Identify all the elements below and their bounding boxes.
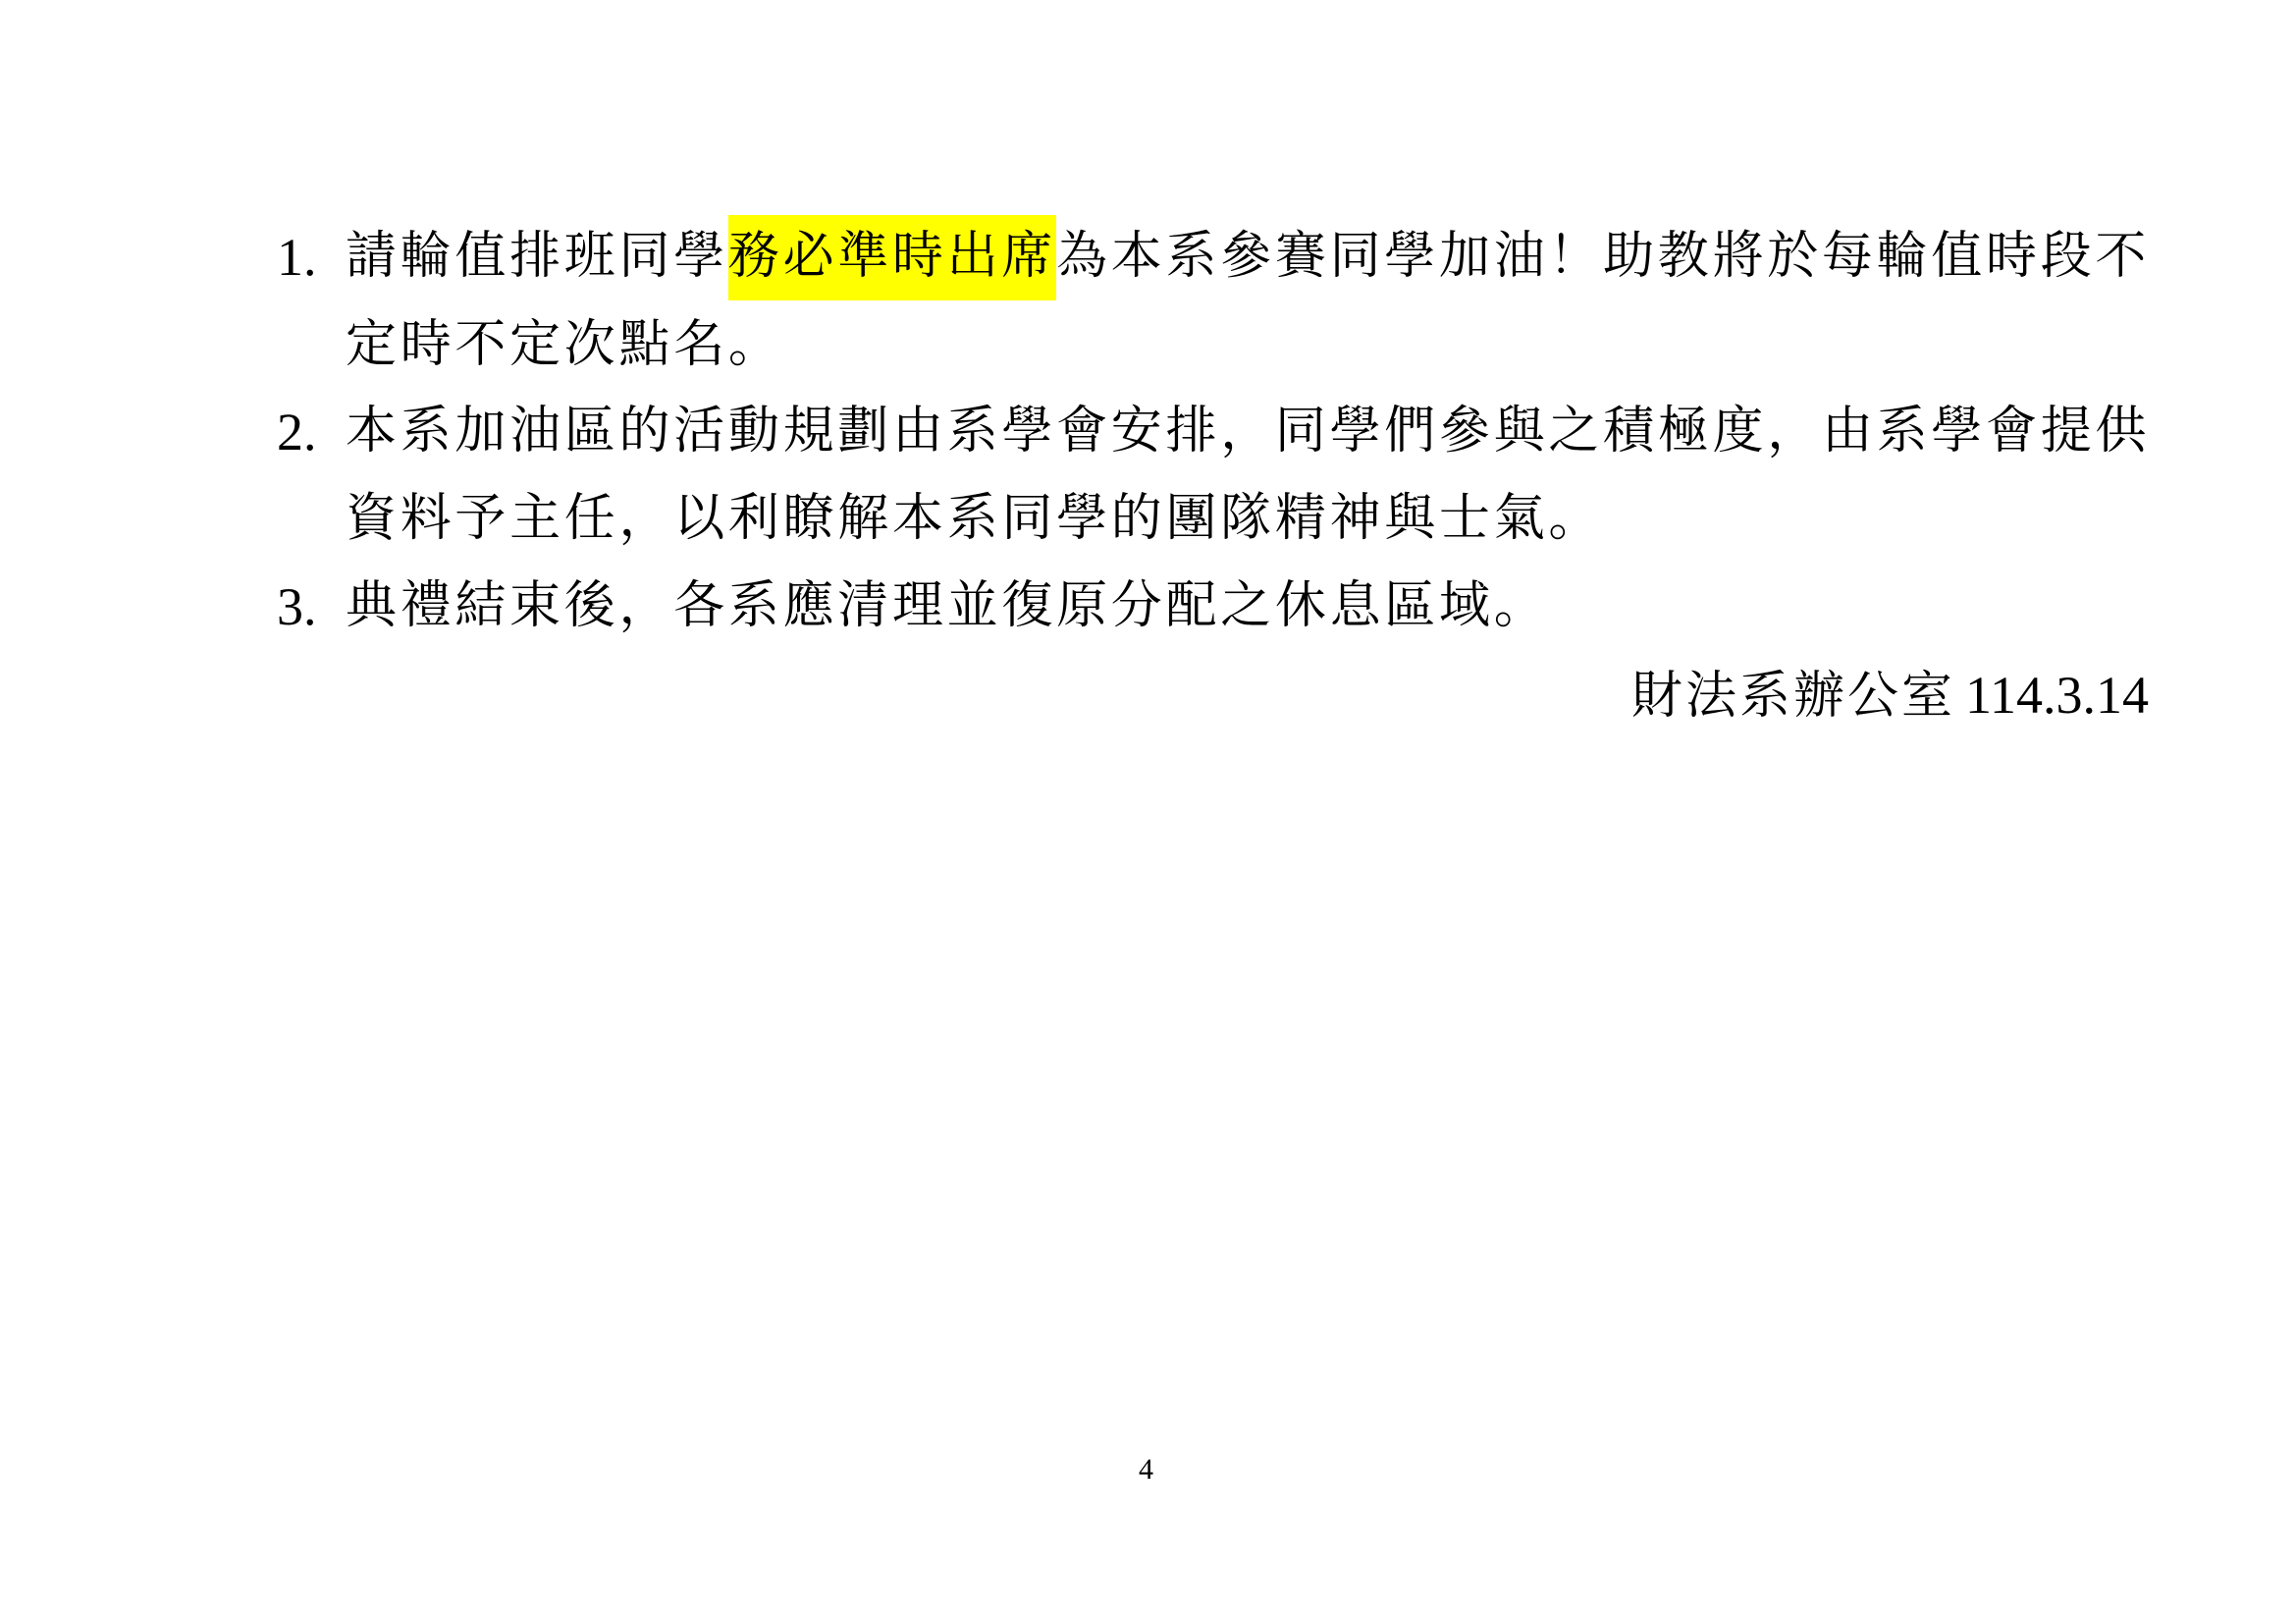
document-page: 1. 請輪值排班同學務必準時出席為本系參賽同學加油！助教將於每輪值時段不 定時不…: [0, 0, 2296, 1624]
signature: 財法系辦公室114.3.14: [1631, 666, 2149, 727]
signature-date: 114.3.14: [1965, 666, 2149, 725]
signature-office: 財法系辦公室: [1631, 669, 1955, 725]
page-number: 4: [1139, 1453, 1153, 1487]
list-item-text: 定時不定次點名。: [346, 316, 783, 375]
list-item-number: 1.: [277, 228, 317, 287]
list-item-text: 典禮結束後，各系應清理並復原分配之休息區域。: [346, 577, 1548, 636]
text-segment: 為本系參賽同學加油！助教將於每輪值時段不: [1056, 229, 2150, 285]
text-segment: 請輪值排班同學: [346, 229, 728, 285]
highlighted-text: 務必準時出席: [728, 215, 1056, 300]
list-item-text: 請輪值排班同學務必準時出席為本系參賽同學加油！助教將於每輪值時段不: [346, 228, 2150, 287]
list-item-number: 2.: [277, 403, 317, 461]
list-item-text: 資料予主任，以利瞭解本系同學的團隊精神與士氣。: [346, 490, 1603, 549]
list-item-number: 3.: [277, 577, 317, 636]
list-item-text: 本系加油區的活動規劃由系學會安排，同學們參與之積極度，由系學會提供: [346, 403, 2150, 461]
